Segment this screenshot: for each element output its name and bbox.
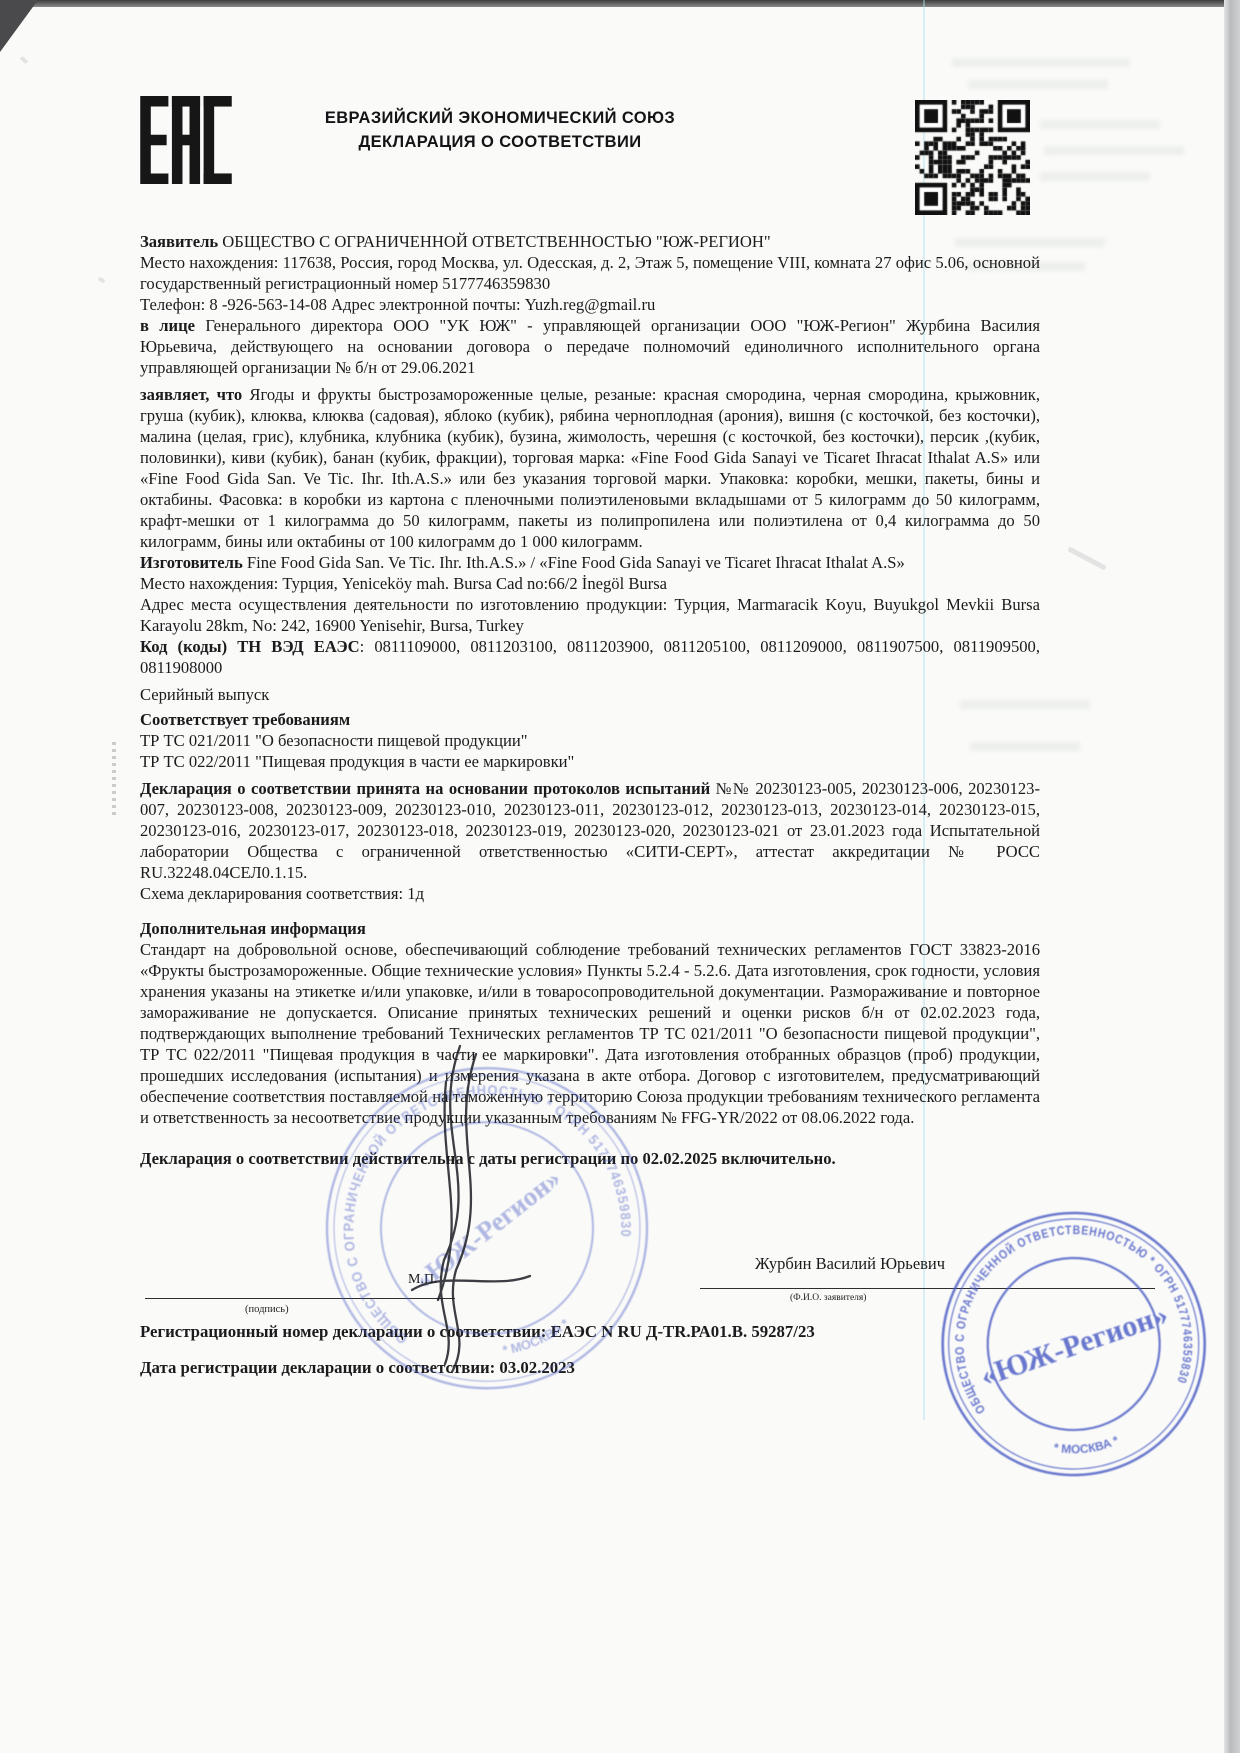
applicant-contacts: Телефон: 8 -926-563-14-08 Адрес электрон… <box>140 294 1040 315</box>
declares-label: заявляет, что <box>140 385 242 404</box>
svg-text:* МОСКВА *: * МОСКВА * <box>1051 1432 1122 1459</box>
protocols-label: Декларация о соответствии принята на осн… <box>140 779 710 798</box>
in-person-label: в лице <box>140 316 195 335</box>
union-title: ЕВРАЗИЙСКИЙ ЭКОНОМИЧЕСКИЙ СОЮЗ <box>300 106 700 130</box>
applicant-address: Место нахождения: 117638, Россия, город … <box>140 252 1040 294</box>
document-title: ДЕКЛАРАЦИЯ О СООТВЕТСТВИИ <box>300 130 700 154</box>
additional-info-heading: Дополнительная информация <box>140 918 1040 939</box>
document-header: ЕВРАЗИЙСКИЙ ЭКОНОМИЧЕСКИЙ СОЮЗ ДЕКЛАРАЦИ… <box>300 106 700 154</box>
round-stamp-main: ОБЩЕСТВО С ОГРАНИЧЕННОЙ ОТВЕТСТВЕННОСТЬЮ… <box>922 1192 1226 1500</box>
conformity-heading: Соответствует требованиям <box>140 709 1040 730</box>
smudge-artifact <box>1067 546 1106 570</box>
bleed-through-artifact <box>952 58 1130 67</box>
stamp-center-text: «ЮЖ-Регион» <box>976 1298 1172 1393</box>
bleed-through-artifact <box>1040 120 1160 129</box>
scanned-declaration-page: { "header": { "union_line": "ЕВРАЗИЙСКИЙ… <box>0 0 1240 1753</box>
regulation-1: ТР ТС 021/2011 "О безопасности пищевой п… <box>140 730 1040 751</box>
bleed-through-artifact <box>1040 172 1150 181</box>
scan-top-edge <box>0 0 1240 7</box>
serial-issue: Серийный выпуск <box>140 684 1040 705</box>
tnved-paragraph: Код (коды) ТН ВЭД ЕАЭС: 0811109000, 0811… <box>140 636 1040 678</box>
in-person-paragraph: в лице Генерального директора ООО "УК ЮЖ… <box>140 315 1040 378</box>
applicant-name: ОБЩЕСТВО С ОГРАНИЧЕННОЙ ОТВЕТСТВЕННОСТЬЮ… <box>218 232 771 251</box>
in-person-text: Генерального директора ООО "УК ЮЖ" - упр… <box>140 316 1040 377</box>
fio-caption: (Ф.И.О. заявителя) <box>790 1293 866 1303</box>
bleed-through-artifact <box>1044 146 1184 155</box>
declares-text: Ягоды и фрукты быстрозамороженные целые,… <box>140 385 1040 551</box>
page-edge-shadow <box>1224 0 1240 1753</box>
protocols-paragraph: Декларация о соответствии принята на осн… <box>140 778 1040 883</box>
scheme-line: Схема декларирования соответствия: 1д <box>140 883 1040 904</box>
tnved-label: Код (коды) ТН ВЭД ЕАЭС <box>140 637 360 656</box>
scan-corner-artifact <box>0 0 38 52</box>
applicant-label: Заявитель <box>140 232 218 251</box>
manufacturer-label: Изготовитель <box>140 553 243 572</box>
left-margin-artifact <box>112 742 116 816</box>
bleed-through-artifact <box>968 80 1108 89</box>
signature-caption: (подпись) <box>245 1304 289 1315</box>
speck-artifact <box>20 56 29 64</box>
pen-signature <box>382 1038 572 1388</box>
document-body: Заявитель ОБЩЕСТВО С ОГРАНИЧЕННОЙ ОТВЕТС… <box>140 231 1040 1169</box>
manufacturer-name: Fine Food Gida San. Ve Tic. Ihr. Ith.A.S… <box>243 553 905 572</box>
applicant-paragraph: Заявитель ОБЩЕСТВО С ОГРАНИЧЕННОЙ ОТВЕТС… <box>140 231 1040 252</box>
production-address: Адрес места осуществления деятельности п… <box>140 594 1040 636</box>
speck-artifact <box>97 277 105 284</box>
eac-logo <box>140 96 232 189</box>
regulation-2: ТР ТС 022/2011 "Пищевая продукция в част… <box>140 751 1040 772</box>
stamp-bottom-text: * МОСКВА * <box>1051 1432 1122 1459</box>
manufacturer-address: Место нахождения: Турция, Yeniceköy mah.… <box>140 573 1040 594</box>
paper-sheet: ЕВРАЗИЙСКИЙ ЭКОНОМИЧЕСКИЙ СОЮЗ ДЕКЛАРАЦИ… <box>0 0 1240 1753</box>
declares-paragraph: заявляет, что Ягоды и фрукты быстрозамор… <box>140 384 1040 552</box>
manufacturer-paragraph: Изготовитель Fine Food Gida San. Ve Tic.… <box>140 552 1040 573</box>
qr-code <box>915 100 1030 215</box>
